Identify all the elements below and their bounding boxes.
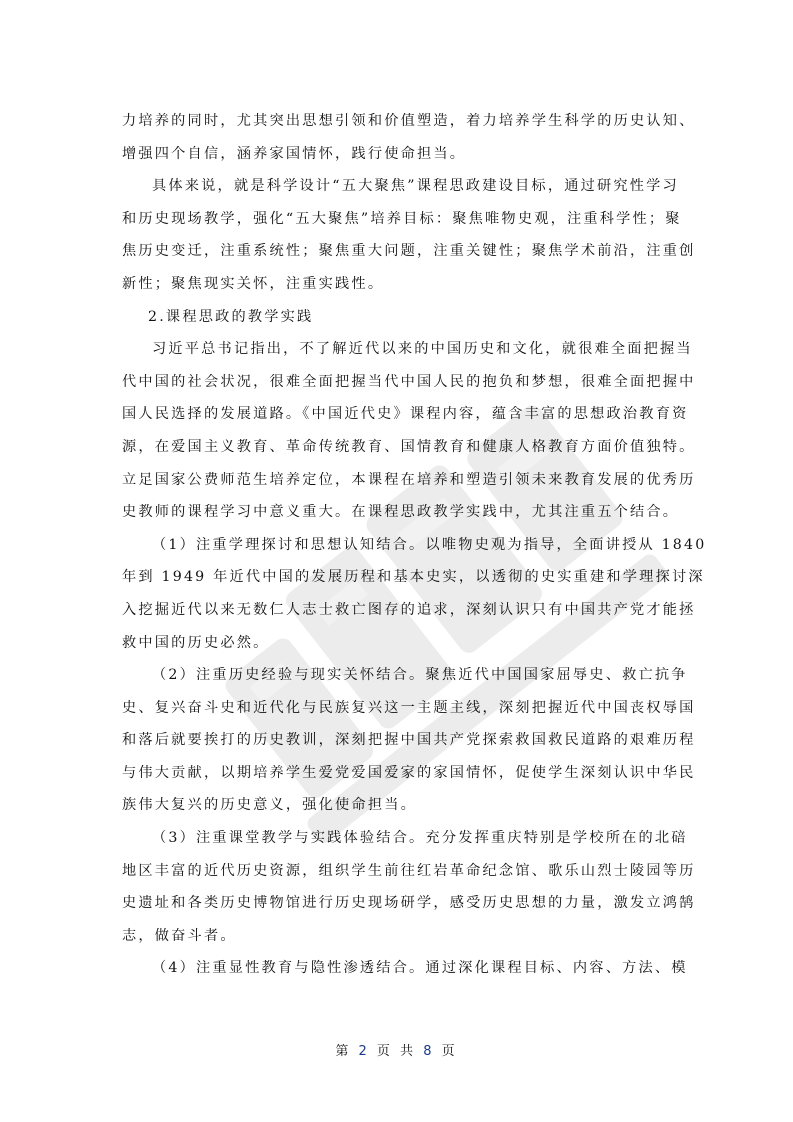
text-line: 史遗址和各类历史博物馆进行历史现场研学，感受历史思想的力量，激发立鸿鹄 bbox=[122, 890, 678, 923]
text-line: 增强四个自信，涵养家国情怀，践行使命担当。 bbox=[122, 141, 678, 174]
total-page-count: 8 bbox=[423, 1044, 434, 1059]
text-line: 新性；聚焦现实关怀，注重实践性。 bbox=[122, 271, 678, 304]
list-item: （3）注重课堂教学与实践体验结合。充分发挥重庆特别是学校所在的北碚 地区丰富的近… bbox=[122, 825, 678, 955]
text-line: 志，做奋斗者。 bbox=[122, 923, 678, 956]
list-item: （2）注重历史经验与现实关怀结合。聚焦近代中国国家屈辱史、救亡抗争 史、复兴奋斗… bbox=[122, 662, 678, 825]
text-line: 史、复兴奋斗史和近代化与民族复兴这一主题主线，深刻把握近代中国丧权辱国 bbox=[122, 695, 678, 728]
text-line: 地区丰富的近代历史资源，组织学生前往红岩革命纪念馆、歌乐山烈士陵园等历 bbox=[122, 858, 678, 891]
page-label-middle: 页 共 bbox=[377, 1044, 416, 1059]
heading-text: 2.课程思政的教学实践 bbox=[122, 304, 678, 337]
text-line: （4）注重显性教育与隐性渗透结合。通过深化课程目标、内容、方法、模 bbox=[122, 955, 678, 988]
text-line: 力培养的同时，尤其突出思想引领和价值塑造，着力培养学生科学的历史认知、 bbox=[122, 108, 678, 141]
text-line: 代中国的社会状况，很难全面把握当代中国人民的抱负和梦想，很难全面把握中 bbox=[122, 369, 678, 402]
current-page-number: 2 bbox=[359, 1044, 370, 1059]
document-body: 力培养的同时，尤其突出思想引领和价值塑造，着力培养学生科学的历史认知、 增强四个… bbox=[122, 108, 678, 988]
paragraph: 具体来说，就是科学设计“五大聚焦”课程思政建设目标，通过研究性学习 和历史现场教… bbox=[122, 173, 678, 303]
page-footer: 第 2 页 共 8 页 bbox=[0, 1040, 793, 1059]
text-line: 与伟大贡献，以期培养学生爱党爱国爱家的家国情怀，促使学生深刻认识中华民 bbox=[122, 760, 678, 793]
paragraph: 力培养的同时，尤其突出思想引领和价值塑造，着力培养学生科学的历史认知、 增强四个… bbox=[122, 108, 678, 173]
text-line: 具体来说，就是科学设计“五大聚焦”课程思政建设目标，通过研究性学习 bbox=[122, 173, 678, 206]
list-item: （4）注重显性教育与隐性渗透结合。通过深化课程目标、内容、方法、模 bbox=[122, 955, 678, 988]
text-line: 国人民选择的发展道路。《中国近代史》课程内容，蕴含丰富的思想政治教育资 bbox=[122, 401, 678, 434]
document-page: 力培养的同时，尤其突出思想引领和价值塑造，着力培养学生科学的历史认知、 增强四个… bbox=[0, 0, 793, 1122]
text-line: 入挖掘近代以来无数仁人志士救亡图存的追求，深刻认识只有中国共产党才能拯 bbox=[122, 597, 678, 630]
list-item: （1）注重学理探讨和思想认知结合。以唯物史观为指导，全面讲授从 1840 年到 … bbox=[122, 532, 678, 662]
text-line: （1）注重学理探讨和思想认知结合。以唯物史观为指导，全面讲授从 1840 bbox=[122, 532, 678, 565]
text-line: 年到 1949 年近代中国的发展历程和基本史实，以透彻的史实重建和学理探讨深 bbox=[122, 564, 678, 597]
text-line: 和历史现场教学，强化“五大聚焦”培养目标：聚焦唯物史观，注重科学性；聚 bbox=[122, 206, 678, 239]
text-line: 焦历史变迁，注重系统性；聚焦重大问题，注重关键性；聚焦学术前沿，注重创 bbox=[122, 238, 678, 271]
section-heading: 2.课程思政的教学实践 bbox=[122, 304, 678, 337]
text-line: 和落后就要挨打的历史教训，深刻把握中国共产党探索救国救民道路的艰难历程 bbox=[122, 727, 678, 760]
text-line: 族伟大复兴的历史意义，强化使命担当。 bbox=[122, 792, 678, 825]
text-line: （2）注重历史经验与现实关怀结合。聚焦近代中国国家屈辱史、救亡抗争 bbox=[122, 662, 678, 695]
text-line: 习近平总书记指出，不了解近代以来的中国历史和文化，就很难全面把握当 bbox=[122, 336, 678, 369]
text-line: 源，在爱国主义教育、革命传统教育、国情教育和健康人格教育方面价值独特。 bbox=[122, 434, 678, 467]
text-line: 史教师的课程学习中意义重大。在课程思政教学实践中，尤其注重五个结合。 bbox=[122, 499, 678, 532]
paragraph: 习近平总书记指出，不了解近代以来的中国历史和文化，就很难全面把握当 代中国的社会… bbox=[122, 336, 678, 532]
text-line: 立足国家公费师范生培养定位，本课程在培养和塑造引领未来教育发展的优秀历 bbox=[122, 467, 678, 500]
page-label-suffix: 页 bbox=[442, 1044, 458, 1059]
text-line: 救中国的历史必然。 bbox=[122, 630, 678, 663]
page-label-prefix: 第 bbox=[335, 1044, 351, 1059]
text-line: （3）注重课堂教学与实践体验结合。充分发挥重庆特别是学校所在的北碚 bbox=[122, 825, 678, 858]
